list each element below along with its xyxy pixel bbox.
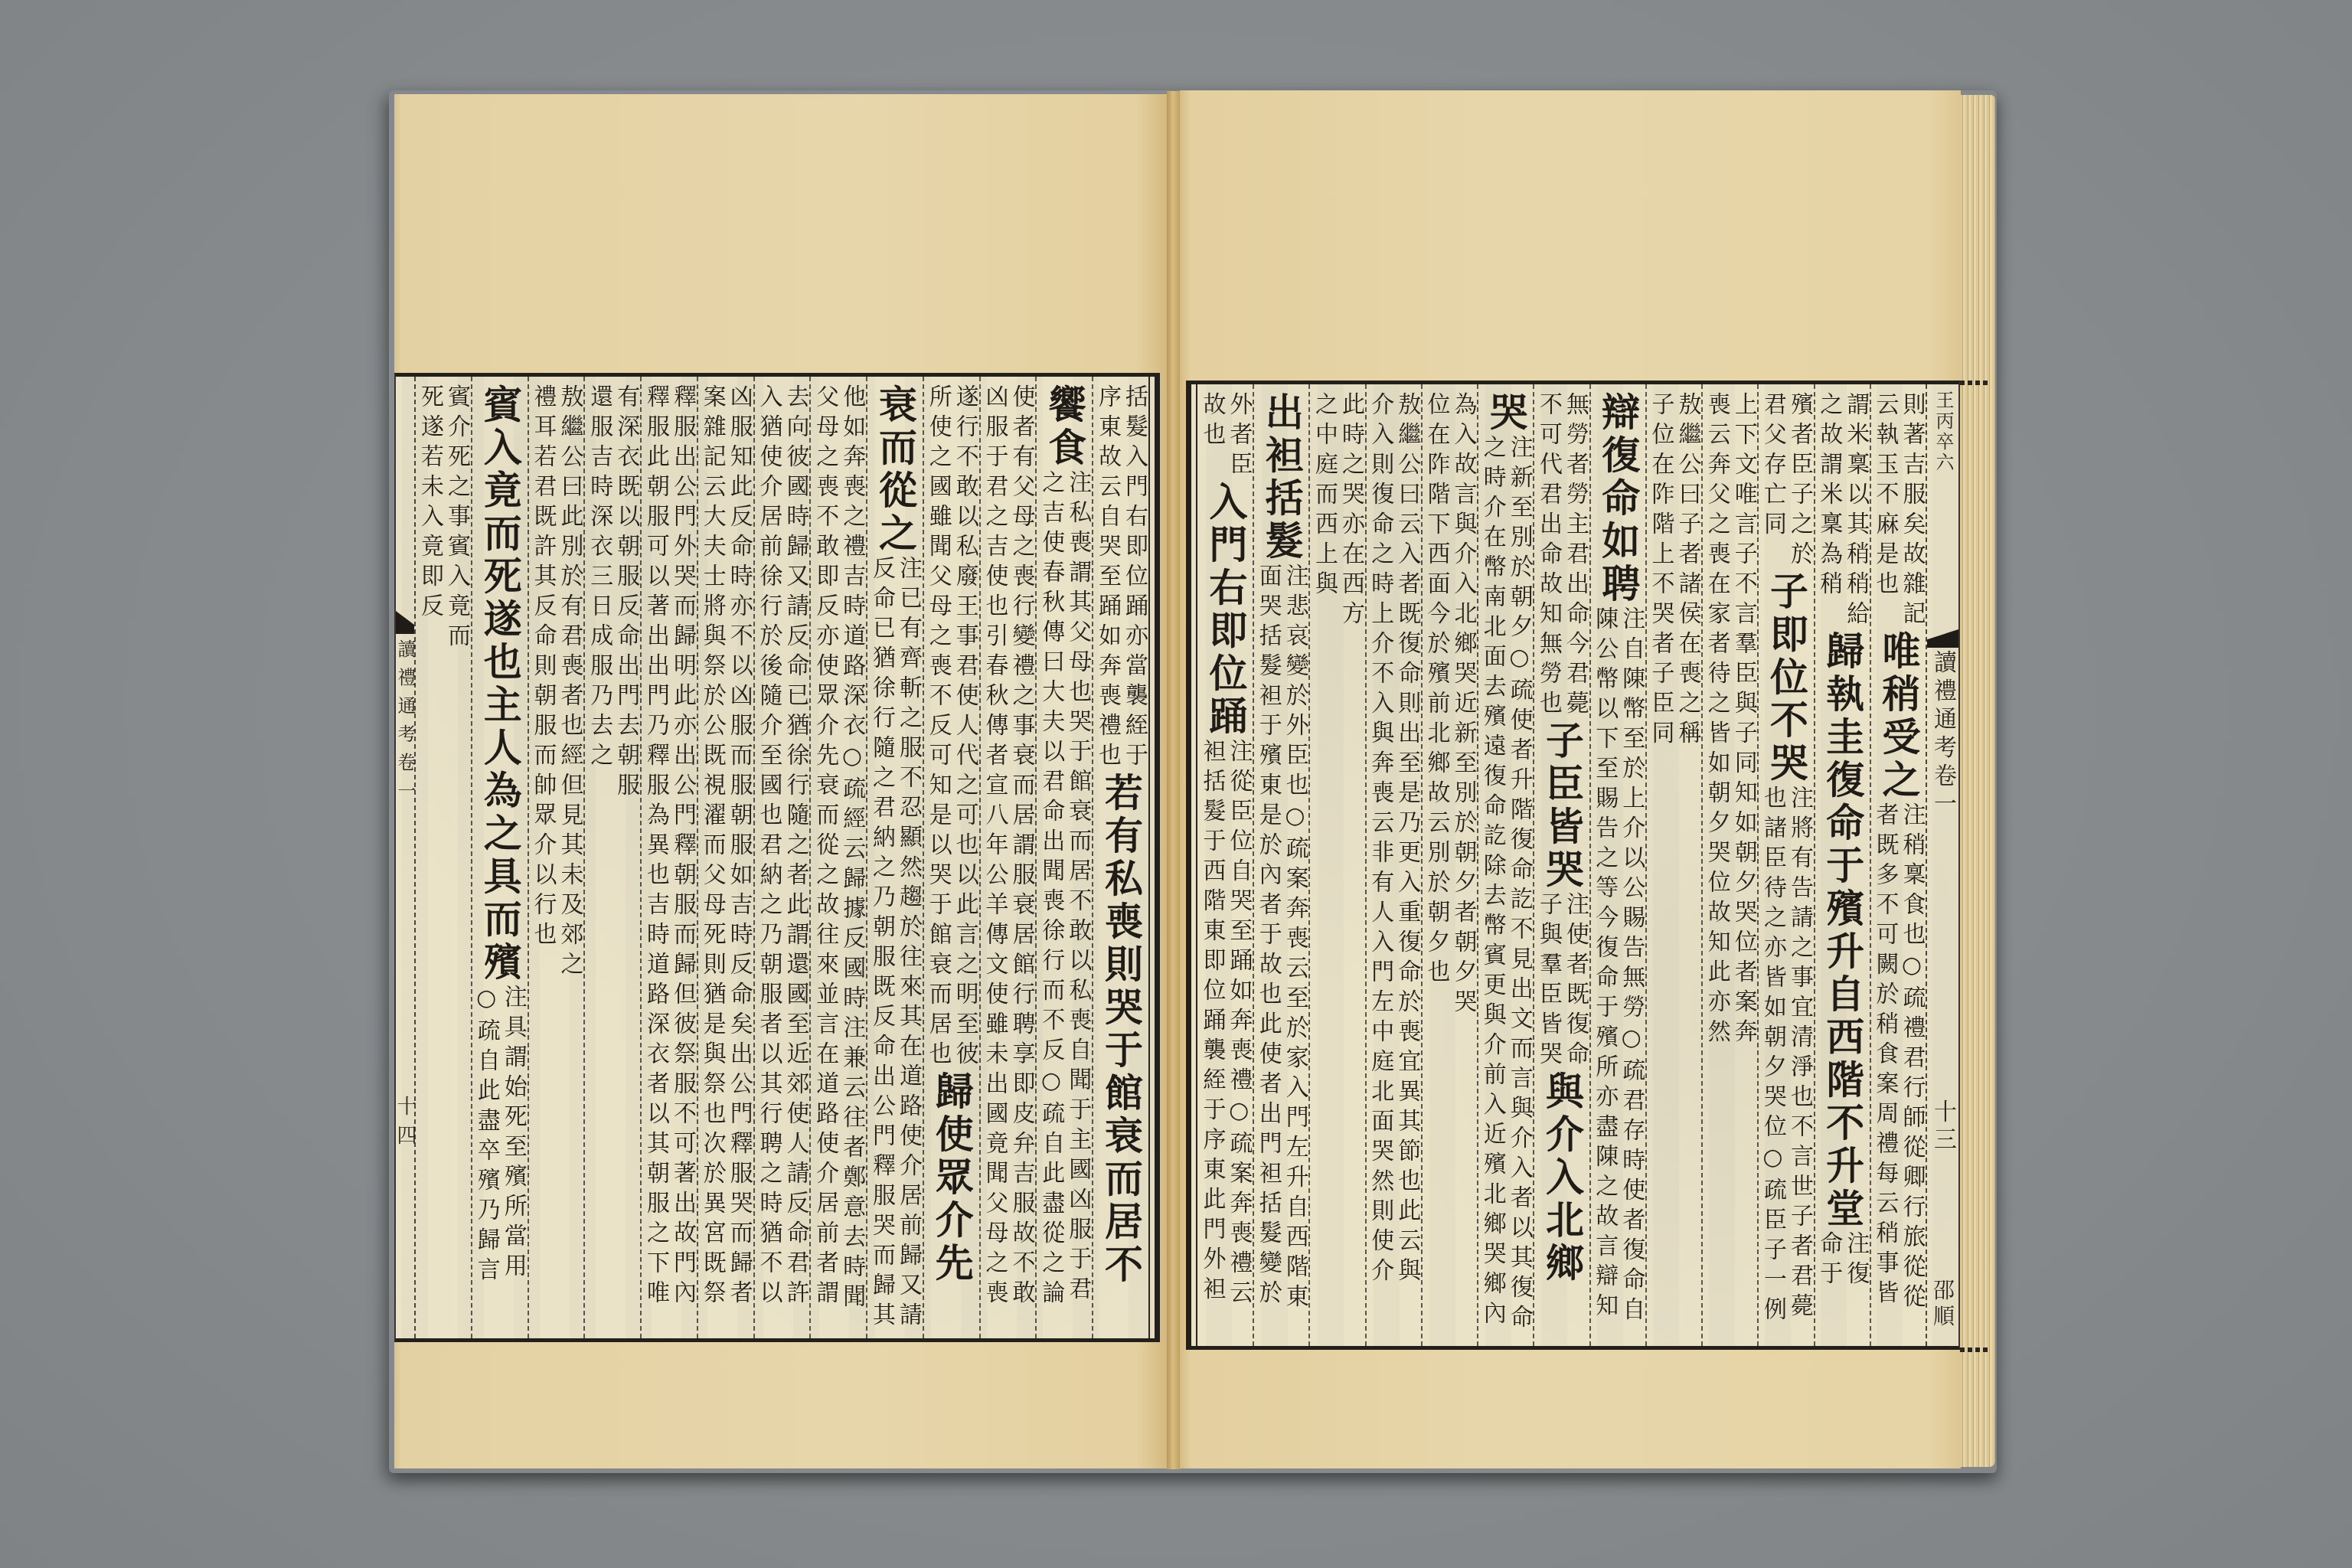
main-text: 出袒括髮 [1261, 392, 1302, 563]
commentary-right: 注將有告請之事宜清淨也不言世子者君薨 [1787, 786, 1812, 1327]
commentary-right: 則著吉服矣故雜記 [1899, 392, 1924, 631]
main-text: 子臣皆哭 [1541, 720, 1583, 892]
commentary-right: 外者臣 [1227, 392, 1252, 482]
text-column: 哭 注新至別於朝夕○疏使者升階復命訖不見出文而言與介入者以其復命 之時介在幣南北… [1477, 384, 1533, 1346]
commentary-right: 注稍稟食也○疏禮君行師從卿行旅從從 [1899, 802, 1924, 1314]
text-column: 敖繼公曰子者諸侯在喪之稱 子位在阼階上不哭者子臣同 [1645, 384, 1701, 1346]
main-text: 唯稍受之 [1877, 631, 1919, 802]
text-column: 饗食 注私喪謂其父母也哭于館衰而居不敢以私喪自聞于主國凶服于君 之吉使春秋傳曰大… [1035, 377, 1092, 1338]
page-stack-edges [1960, 95, 1995, 1467]
commentary-note: 敖繼公曰云入者既復命則出至是乃更入重復命於喪宜異其節也此云與 介入則復命之時上介… [1367, 392, 1419, 1288]
commentary-note: 使者有父母之喪行變禮之事衰而居謂服衰居館行聘享即皮弁吉服故不敢 凶服于君之吉使也… [982, 384, 1034, 1310]
main-text: 賓入竟而死遂也主人為之具而殯 [479, 384, 521, 985]
commentary-left: 還服吉時深衣三日成服乃去之 [586, 384, 612, 802]
commentary-note: 此時之哭亦在西方 之中庭而西上與 [1312, 392, 1364, 631]
text-column: 使者有父母之喪行變禮之事衰而居謂服衰居館行聘享即皮弁吉服故不敢 凶服于君之吉使也… [979, 377, 1036, 1338]
main-text: 辯復命如聘 [1597, 392, 1638, 606]
commentary-right: 遂行不敢以私廢王事君使人代之可也以此言之明至彼 [952, 384, 978, 1071]
text-column: 辯復命如聘 注自陳幣至於上介以公賜告無勞○疏君存時使者復命自 陳公幣以下至賜告之… [1589, 384, 1645, 1346]
text-column: 為入故言與介入北鄉哭近新至別於朝夕者朝夕哭 位在阼階下西面今於殯前北鄉故云別於朝… [1421, 384, 1477, 1346]
text-column: 外者臣 故也 入門右即位踊 注從臣位自哭至踊如奔喪禮○疏案奔喪禮云 袒括髮于西階… [1198, 384, 1253, 1346]
commentary-note: 凶服知此反命時亦不以凶服而服朝服如吉時反命矣出公門釋服哭而歸者 案雜記云大夫士將… [700, 384, 752, 1310]
commentary-right: 為入故言與介入北鄉哭近新至別於朝夕者朝夕哭 [1451, 392, 1476, 1019]
inner-border-line [1196, 384, 1197, 1346]
commentary-right: 上下文唯言子不言羣臣與子同知如朝夕哭位者案奔 [1731, 392, 1756, 1049]
text-column: 則著吉服矣故雜記 云執玉不麻是也 唯稍受之 注稍稟食也○疏禮君行師從卿行旅從從 … [1870, 384, 1926, 1346]
commentary-note: 賓介死之事賓入竟而 死遂若未入竟即反 [417, 384, 469, 653]
text-column: 敖繼公曰此別於有君喪者也經但見其未及郊之 禮耳若君既許其反命則朝服而帥眾介以行也 [528, 377, 584, 1338]
commentary-right: 注使者既復命 [1563, 892, 1588, 1071]
main-text: 入門右即位踊 [1205, 482, 1246, 739]
leaf-number: 十三 [1927, 1099, 1958, 1155]
inner-border-line [1148, 377, 1150, 1338]
commentary-note: 上下文唯言子不言羣臣與子同知如朝夕哭位者案奔 喪云奔父之喪在家者待之皆如朝夕哭位… [1704, 392, 1756, 1049]
commentary-left: 釋服此朝服可以著出出門乃釋服為異也吉時道路深衣者以其朝服之下唯 [643, 384, 668, 1310]
text-column: 出袒括髮 注悲哀變於外臣也○疏案奔喪云至於家入門左升自西階東 面哭括髮袒于殯東是… [1253, 384, 1308, 1346]
book-gutter [1167, 91, 1181, 1469]
photo-stage: 讀禮通考卷一 十四 括髮入門右即位踊亦當襲絰于 序東故云自哭至踊如奔喪禮也 若有… [0, 0, 2352, 1568]
column-area: 括髮入門右即位踊亦當襲絰于 序東故云自哭至踊如奔喪禮也 若有私喪則哭于館衰而居不… [416, 377, 1148, 1338]
text-column: 上下文唯言子不言羣臣與子同知如朝夕哭位者案奔 喪云奔父之喪在家者待之皆如朝夕哭位… [1701, 384, 1757, 1346]
text-column: 凶服知此反命時亦不以凶服而服朝服如吉時反命矣出公門釋服哭而歸者 案雜記云大夫士將… [697, 377, 753, 1338]
commentary-left: 位在阼階下西面今於殯前北鄉故云別於朝夕也 [1424, 392, 1449, 1019]
commentary-note: 注稍稟食也○疏禮君行師從卿行旅從從 者既多不可闕於稍食案周禮每云稍事皆 [1872, 802, 1924, 1314]
commentary-right: 注從臣位自哭至踊如奔喪禮○疏案奔喪禮云 [1227, 739, 1252, 1310]
commentary-note: 注悲哀變於外臣也○疏案奔喪云至於家入門左升自西階東 面哭括髮袒于殯東是於內者于故… [1256, 563, 1308, 1314]
commentary-left: 禮耳若君既許其反命則朝服而帥眾介以行也 [530, 384, 555, 982]
commentary-note: 注使者既復命 子與羣臣皆哭 [1536, 892, 1588, 1071]
text-column: 賓入竟而死遂也主人為之具而殯 注具謂始死至殯所當用 ○疏自此盡卒殯乃歸言 [471, 377, 528, 1338]
underlying-frame-mark [1960, 381, 1991, 385]
text-column: 無勞者勞主君出命今君薨 不可代君出命故知無勞也 子臣皆哭 注使者既復命 子與羣臣… [1533, 384, 1589, 1346]
commentary-left: 子與羣臣皆哭 [1536, 892, 1561, 1071]
commentary-right: 注自陳幣至於上介以公賜告無勞○疏君存時使者復命自 [1619, 606, 1644, 1327]
leaf-number: 十四 [396, 1096, 414, 1154]
text-column: 敖繼公曰云入者既復命則出至是乃更入重復命於喪宜異其節也此云與 介入則復命之時上介… [1365, 384, 1421, 1346]
text-column: 有深衣既以朝服反命出門去朝服 還服吉時深衣三日成服乃去之 [583, 377, 640, 1338]
commentary-right: 注悲哀變於外臣也○疏案奔喪云至於家入門左升自西階東 [1282, 563, 1308, 1314]
text-column: 去向彼國時歸又請反命已猶徐行隨之者此謂還國至近郊使人請反命君許 入猶使介居前徐行… [753, 377, 810, 1338]
main-text: 饗食 [1044, 384, 1085, 470]
text-column: 賓介死之事賓入竟而 死遂若未入竟即反 [416, 377, 471, 1338]
commentary-right: 敖繼公曰此別於有君喪者也經但見其未及郊之 [557, 384, 582, 982]
main-text: 哭 [1485, 392, 1527, 435]
commentary-note: 注私喪謂其父母也哭于館衰而居不敢以私喪自聞于主國凶服于君 之吉使春秋傳曰大夫以君… [1038, 470, 1090, 1310]
commentary-right: 無勞者勞主君出命今君薨 [1563, 392, 1588, 720]
underlying-frame-mark [1960, 1347, 1991, 1352]
commentary-right: 凶服知此反命時亦不以凶服而服朝服如吉時反命矣出公門釋服哭而歸者 [727, 384, 752, 1310]
commentary-right: 敖繼公曰子者諸侯在喪之稱 [1674, 392, 1700, 750]
commentary-left: 序東故云自哭至踊如奔喪禮也 [1095, 384, 1120, 773]
left-text-frame: 讀禮通考卷一 十四 括髮入門右即位踊亦當襲絰于 序東故云自哭至踊如奔喪禮也 若有… [394, 373, 1160, 1342]
text-column: 殯者臣子之於 君父存亡同 子即位不哭 注將有告請之事宜清淨也不言世子者君薨 也諸… [1757, 384, 1813, 1346]
main-text: 子即位不哭 [1766, 571, 1807, 786]
commentary-note: 敖繼公曰此別於有君喪者也經但見其未及郊之 禮耳若君既許其反命則朝服而帥眾介以行也 [530, 384, 582, 982]
commentary-right: 他如奔喪之禮吉時道路深衣○疏經云歸據反國時注兼云往者鄭意去時聞 [839, 384, 864, 1314]
commentary-left: 故也 [1200, 392, 1225, 482]
banxin-strip: 讀禮通考卷一 十四 [396, 377, 416, 1338]
commentary-left: 袒括髮于西階東即位踊襲絰于序東此門外袒 [1200, 739, 1225, 1310]
commentary-right: 注私喪謂其父母也哭于館衰而居不敢以私喪自聞于主國凶服于君 [1065, 470, 1090, 1310]
commentary-note: 括髮入門右即位踊亦當襲絰于 序東故云自哭至踊如奔喪禮也 [1095, 384, 1147, 773]
commentary-left: ○疏自此盡卒殯乃歸言 [474, 985, 499, 1287]
commentary-left: 命于 [1816, 1231, 1841, 1291]
text-column: 此時之哭亦在西方 之中庭而西上與 [1308, 384, 1364, 1346]
right-text-frame: 則著吉服矣故雜記 云執玉不麻是也 唯稍受之 注稍稟食也○疏禮君行師從卿行旅從從 … [1186, 381, 1960, 1350]
commentary-note: 注自陳幣至於上介以公賜告無勞○疏君存時使者復命自 陳公幣以下至賜告之等今復命于殯… [1592, 606, 1644, 1327]
commentary-note: 殯者臣子之於 君父存亡同 [1760, 392, 1812, 571]
commentary-left: 子位在阼階上不哭者子臣同 [1648, 392, 1673, 750]
commentary-left: 入猶使介居前徐行於後隨介至國也君納之乃朝服者以其行聘之時猶不以 [756, 384, 782, 1310]
main-text: 歸使眾介先 [931, 1071, 972, 1285]
column-area: 則著吉服矣故雜記 云執玉不麻是也 唯稍受之 注稍稟食也○疏禮君行師從卿行旅從從 … [1198, 384, 1926, 1346]
commentary-right: 有深衣既以朝服反命出門去朝服 [613, 384, 639, 802]
banxin-title: 讀禮通考卷一 [396, 639, 414, 809]
text-column: 釋服出公門外哭而歸明此亦出公門釋朝服而歸但彼祭服不可著出故門內 釋服此朝服可以著… [640, 377, 697, 1338]
commentary-note: 注將有告請之事宜清淨也不言世子者君薨 也諸臣待之亦皆如朝夕哭位○疏臣子一例 [1760, 786, 1812, 1327]
commentary-left: 之中庭而西上與 [1312, 392, 1337, 631]
commentary-left: 君父存亡同 [1760, 392, 1785, 571]
main-text: 歸執圭復命于殯升自西階不升堂 [1821, 631, 1863, 1231]
commentary-right: 去向彼國時歸又請反命已猶徐行隨之者此謂還國至近郊使人請反命君許 [783, 384, 808, 1310]
commentary-right: 敖繼公曰云入者既復命則出至是乃更入重復命於喪宜異其節也此云與 [1394, 392, 1419, 1288]
commentary-left: 陳公幣以下至賜告之等今復命于殯所亦盡陳之故言辯知 [1592, 606, 1617, 1327]
banxin-top-mark: 王丙卒六 [1927, 390, 1958, 473]
commentary-left: 之故謂米稟為稍 [1816, 392, 1841, 631]
commentary-note: 為入故言與介入北鄉哭近新至別於朝夕者朝夕哭 位在阼階下西面今於殯前北鄉故云別於朝… [1424, 392, 1476, 1019]
commentary-left: 死遂若未入竟即反 [417, 384, 443, 653]
text-column: 謂米稟以其稍稍給 之故謂米稟為稍 歸執圭復命于殯升自西階不升堂 注復 命于 [1814, 384, 1870, 1346]
commentary-left: 所使之國雖聞父母之喪不反可知是以哭于館衰而居也 [926, 384, 951, 1071]
commentary-left: 父母之喪不敢即反亦使眾介先衰而從之故往來並言在道路使介居前者謂 [812, 384, 838, 1314]
text-column: 他如奔喪之禮吉時道路深衣○疏經云歸據反國時注兼云往者鄭意去時聞 父母之喪不敢即反… [809, 377, 866, 1338]
text-column: 衰而從之 注已有齊斬之服不忍顯然趨於往來其在道路使介居前歸又請 反命已猶徐行隨之… [866, 377, 923, 1338]
fishtail-icon [396, 611, 414, 634]
commentary-left: 云執玉不麻是也 [1872, 392, 1897, 631]
commentary-right: 謂米稟以其稍稍給 [1843, 392, 1868, 631]
banxin-strip: 王丙卒六 讀禮通考卷一 十三 邵順 [1926, 384, 1958, 1346]
commentary-left: 者既多不可闕於稍食案周禮每云稍事皆 [1872, 802, 1897, 1314]
commentary-right: 注新至別於朝夕○疏使者升階復命訖不見出文而言與介入者以其復命 [1507, 435, 1532, 1334]
banxin-title: 讀禮通考卷一 [1927, 650, 1958, 820]
commentary-left: 反命已猶徐行隨之君納之乃朝服既反命出公門釋服哭而歸其 [869, 556, 894, 1332]
commentary-left: 凶服于君之吉使也引春秋傳者宣八年公羊傳文使雖未出國竟聞父母之喪 [982, 384, 1008, 1310]
commentary-right: 使者有父母之喪行變禮之事衰而居謂服衰居館行聘享即皮弁吉服故不敢 [1009, 384, 1034, 1310]
commentary-note: 則著吉服矣故雜記 云執玉不麻是也 [1872, 392, 1924, 631]
commentary-note: 注已有齊斬之服不忍顯然趨於往來其在道路使介居前歸又請 反命已猶徐行隨之君納之乃朝… [869, 556, 921, 1332]
commentary-note: 遂行不敢以私廢王事君使人代之可也以此言之明至彼 所使之國雖聞父母之喪不反可知是以… [926, 384, 978, 1071]
commentary-left: 案雜記云大夫士將與祭於公既視濯而父母死則猶是與祭也次於異宮既祭 [700, 384, 725, 1310]
commentary-note: 他如奔喪之禮吉時道路深衣○疏經云歸據反國時注兼云往者鄭意去時聞 父母之喪不敢即反… [812, 384, 864, 1314]
commentary-note: 外者臣 故也 [1200, 392, 1252, 482]
commentary-left: 喪云奔父之喪在家者待之皆如朝夕哭位故知此亦然 [1704, 392, 1730, 1049]
main-text: 若有私喪則哭于館衰而居不 [1100, 773, 1142, 1287]
text-column: 括髮入門右即位踊亦當襲絰于 序東故云自哭至踊如奔喪禮也 若有私喪則哭于館衰而居不 [1092, 377, 1148, 1338]
commentary-right: 括髮入門右即位踊亦當襲絰于 [1122, 384, 1147, 773]
commentary-right: 此時之哭亦在西方 [1338, 392, 1364, 631]
fishtail-icon [1927, 629, 1958, 648]
commentary-left: 面哭括髮袒于殯東是於內者于故也此使者出門袒括髮變於 [1256, 563, 1281, 1314]
commentary-right: 注具謂始死至殯所當用 [501, 985, 526, 1287]
commentary-note: 注新至別於朝夕○疏使者升階復命訖不見出文而言與介入者以其復命 之時介在幣南北面去… [1480, 435, 1532, 1334]
main-text: 與介入北鄉 [1541, 1071, 1583, 1285]
text-column: 遂行不敢以私廢王事君使人代之可也以此言之明至彼 所使之國雖聞父母之喪不反可知是以… [923, 377, 979, 1338]
commentary-left: 介入則復命之時上介不入與奔喪云非有人入門左中庭北面哭然則使介 [1367, 392, 1393, 1288]
commentary-note: 敖繼公曰子者諸侯在喪之稱 子位在阼階上不哭者子臣同 [1648, 392, 1700, 750]
commentary-right: 賓介死之事賓入竟而 [444, 384, 469, 653]
commentary-note: 無勞者勞主君出命今君薨 不可代君出命故知無勞也 [1536, 392, 1588, 720]
commentary-left: 不可代君出命故知無勞也 [1536, 392, 1561, 720]
commentary-note: 謂米稟以其稍稍給 之故謂米稟為稍 [1816, 392, 1868, 631]
commentary-right: 殯者臣子之於 [1787, 392, 1812, 571]
commentary-note: 注從臣位自哭至踊如奔喪禮○疏案奔喪禮云 袒括髮于西階東即位踊襲絰于序東此門外袒 [1200, 739, 1252, 1310]
commentary-note: 釋服出公門外哭而歸明此亦出公門釋朝服而歸但彼祭服不可著出故門內 釋服此朝服可以著… [643, 384, 695, 1310]
commentary-note: 去向彼國時歸又請反命已猶徐行隨之者此謂還國至近郊使人請反命君許 入猶使介居前徐行… [756, 384, 808, 1310]
commentary-note: 注復 命于 [1816, 1231, 1868, 1291]
commentary-note: 有深衣既以朝服反命出門去朝服 還服吉時深衣三日成服乃去之 [586, 384, 639, 802]
commentary-left: 之吉使春秋傳曰大夫以君命出聞喪徐行而不反○疏自此盡從之論 [1038, 470, 1063, 1310]
commentary-right: 注復 [1843, 1231, 1868, 1291]
commentary-left: 之時介在幣南北面去殯遠復命訖除去幣賓更與介前入近殯北鄉哭鄉內 [1480, 435, 1505, 1334]
commentary-right: 注已有齊斬之服不忍顯然趨於往來其在道路使介居前歸又請 [896, 556, 921, 1332]
main-text: 衰而從之 [874, 384, 916, 556]
commentary-left: 也諸臣待之亦皆如朝夕哭位○疏臣子一例 [1760, 786, 1785, 1327]
commentary-note: 注具謂始死至殯所當用 ○疏自此盡卒殯乃歸言 [474, 985, 526, 1287]
commentary-right: 釋服出公門外哭而歸明此亦出公門釋朝服而歸但彼祭服不可著出故門內 [670, 384, 695, 1310]
banxin-bottom-mark: 邵順 [1927, 1279, 1958, 1331]
